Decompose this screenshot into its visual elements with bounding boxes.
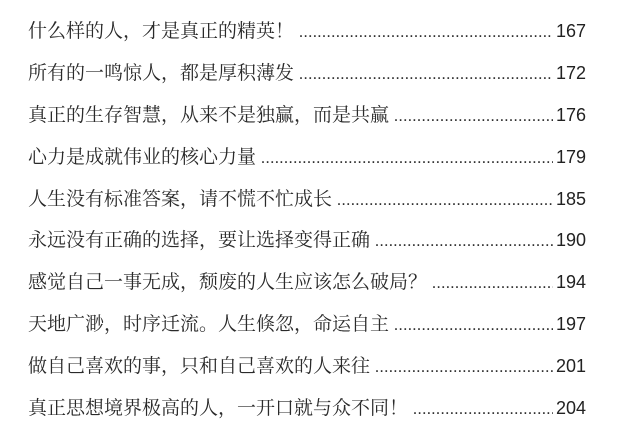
toc-entry[interactable]: 永远没有正确的选择，要让选择变得正确 .....................…: [28, 220, 586, 262]
toc-leader-dots: ........................................…: [261, 138, 553, 180]
toc-leader-dots: ........................................…: [394, 96, 553, 138]
toc-leader-dots: ........................................…: [432, 263, 553, 305]
toc-entry-title: 真正思想境界极高的人，一开口就与众不同！: [28, 388, 408, 430]
toc-leader-dots: ........................................…: [299, 12, 553, 54]
toc-entry[interactable]: 所有的一鸣惊人，都是厚积薄发 .........................…: [28, 53, 586, 95]
toc-page-number: 185: [556, 179, 586, 221]
toc-entry-title: 做自己喜欢的事，只和自己喜欢的人来往: [28, 346, 370, 388]
toc-page-number: 204: [556, 388, 586, 430]
toc-entry-title: 所有的一鸣惊人，都是厚积薄发: [28, 53, 294, 95]
toc-leader-dots: ........................................…: [375, 347, 553, 389]
toc-entry[interactable]: 感觉自己一事无成，颓废的人生应该怎么破局？ ..................…: [28, 262, 586, 304]
toc-entry-title: 真正的生存智慧，从来不是独赢，而是共赢: [28, 95, 389, 137]
toc-page-number: 197: [556, 304, 586, 346]
toc-page-number: 190: [556, 220, 586, 262]
toc-page-number: 167: [556, 11, 586, 53]
toc-entry[interactable]: 做自己喜欢的事，只和自己喜欢的人来往 .....................…: [28, 346, 586, 388]
toc-entry-title: 什么样的人，才是真正的精英！: [28, 11, 294, 53]
toc-entry-title: 心力是成就伟业的核心力量: [28, 137, 256, 179]
toc-page-number: 179: [556, 137, 586, 179]
toc-leader-dots: ........................................…: [413, 389, 553, 431]
toc-leader-dots: ........................................…: [394, 305, 553, 347]
toc-entry-title: 人生没有标准答案，请不慌不忙成长: [28, 179, 332, 221]
toc-entry[interactable]: 人生没有标准答案，请不慌不忙成长 .......................…: [28, 179, 586, 221]
toc-entry[interactable]: 真正的生存智慧，从来不是独赢，而是共赢 ....................…: [28, 95, 586, 137]
toc-page-number: 172: [556, 53, 586, 95]
toc-entry[interactable]: 什么样的人，才是真正的精英！ .........................…: [28, 11, 586, 53]
toc-page-number: 201: [556, 346, 586, 388]
toc-entry[interactable]: 天地广渺，时序迁流。人生倏忽，命运自主 ....................…: [28, 304, 586, 346]
toc-entry-title: 天地广渺，时序迁流。人生倏忽，命运自主: [28, 304, 389, 346]
toc-entry-title: 感觉自己一事无成，颓废的人生应该怎么破局？: [28, 262, 427, 304]
toc-entry[interactable]: 真正思想境界极高的人，一开口就与众不同！ ...................…: [28, 388, 586, 430]
toc-entry[interactable]: 心力是成就伟业的核心力量 ...........................…: [28, 137, 586, 179]
toc-entry-title: 永远没有正确的选择，要让选择变得正确: [28, 220, 370, 262]
toc-leader-dots: ........................................…: [375, 221, 553, 263]
toc-leader-dots: ........................................…: [337, 180, 553, 222]
toc-page: 什么样的人，才是真正的精英！ .........................…: [0, 0, 619, 439]
toc-page-number: 194: [556, 262, 586, 304]
toc-page-number: 176: [556, 95, 586, 137]
toc-leader-dots: ........................................…: [299, 54, 553, 96]
